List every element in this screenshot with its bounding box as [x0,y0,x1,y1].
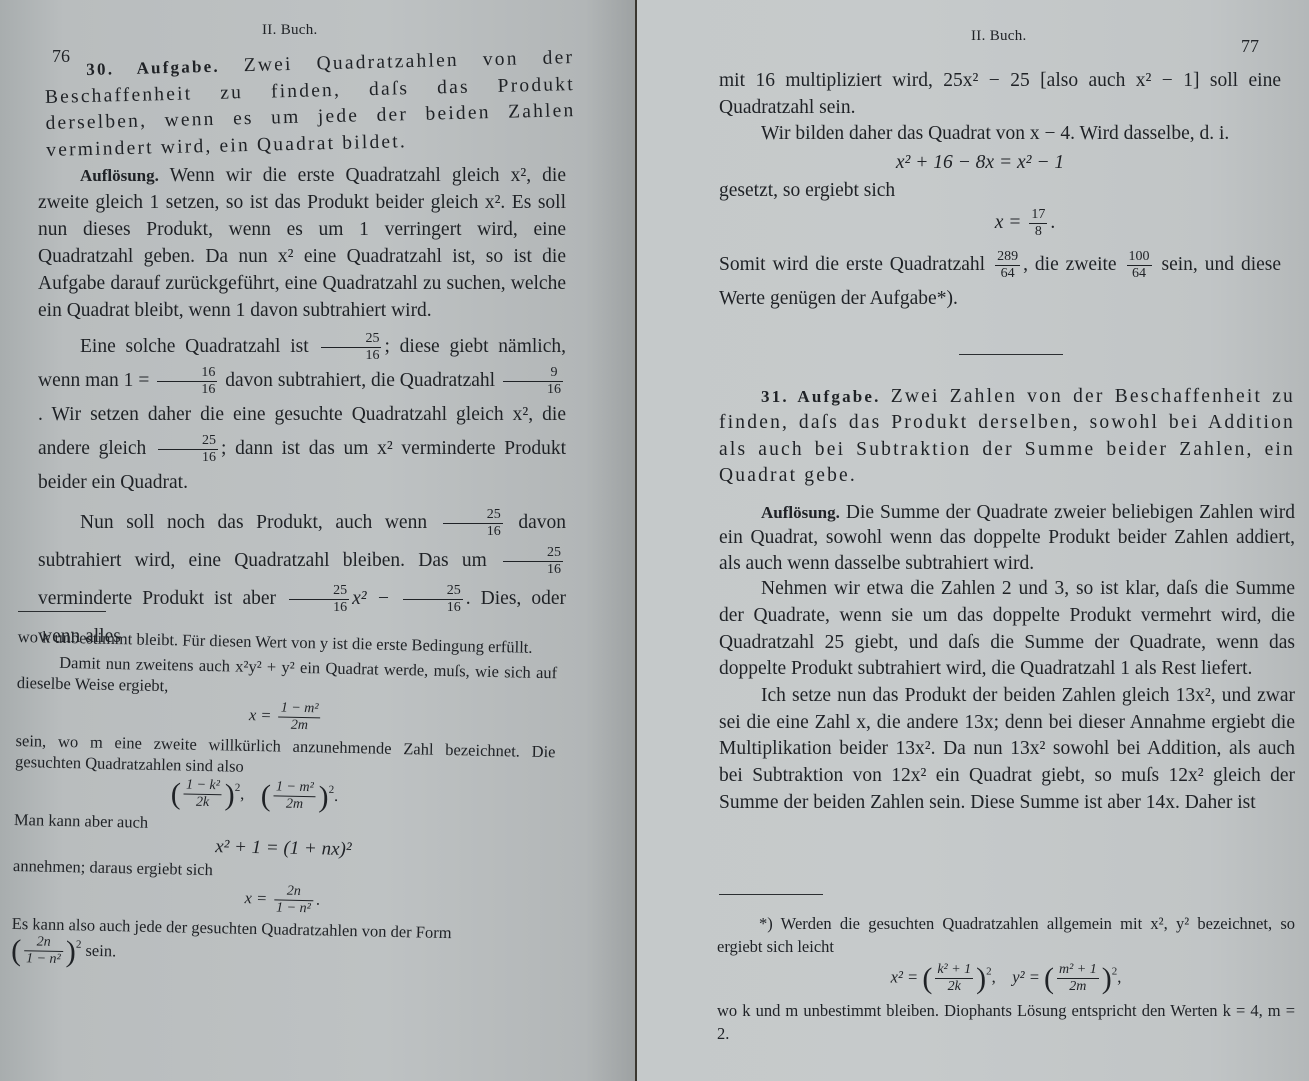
right-page: II. Buch. 77 mit 16 multipliziert wird, … [637,0,1309,1081]
fraction: 2516 [289,583,349,616]
problem-number: 30. Aufgabe. [86,57,220,79]
problem-statement: 31. Aufgabe. Zwei Zahlen von der Beschaf… [719,384,1295,490]
book-spread: II. Buch. 76 30. Aufgabe. Zwei Quadratza… [0,0,1309,1081]
problem-number: 31. Aufgabe. [761,387,881,406]
page-number: 77 [1241,36,1259,57]
paragraph: gesetzt, so ergiebt sich [719,178,1281,205]
problem-30-block: 30. Aufgabe. Zwei Quadratzahlen von der … [44,45,576,164]
solution-paragraph-2: Nehmen wir etwa die Zahlen 2 und 3, so i… [719,576,1295,682]
solution-block: Auflösung. Wenn wir die erste Quadratzah… [38,162,566,656]
equation: x² + 16 − 8x = x² − 1 [679,150,1281,177]
fraction: 2516 [403,583,463,616]
footnote-text: wo k und m unbestimmt bleiben. Diophants… [717,999,1295,1045]
solution-paragraph-1: Auflösung. Die Summe der Quadrate zweier… [719,500,1295,577]
fraction: 2516 [503,545,563,578]
equation: x² = (k² + 12k)2, y² = (m² + 12m)2, [717,962,1295,995]
paragraph: mit 16 multipliziert wird, 25x² − 25 [al… [719,68,1281,121]
equation: x = 178. [769,207,1281,240]
solution-label: Auflösung. [761,503,840,522]
paragraph: Wir bilden daher das Quadrat von x − 4. … [719,121,1281,148]
solution-paragraph-1: Auflösung. Wenn wir die erste Quadratzah… [38,162,566,324]
footnote-text: *) Werden die gesuchten Quadratzahlen al… [717,912,1295,958]
left-page: II. Buch. 76 30. Aufgabe. Zwei Quadratza… [0,0,636,1081]
footnote: *) Werden die gesuchten Quadratzahlen al… [717,912,1295,1045]
fraction: 2516 [321,331,381,364]
solution-paragraph-3: Ich setze nun das Produkt der beiden Zah… [719,683,1295,817]
solution-paragraph-2: Eine solche Quadratzahl ist 2516; diese … [38,330,566,500]
fraction: 2516 [443,507,503,540]
fraction: 916 [503,365,563,398]
solution-label: Auflösung. [80,166,159,185]
problem-31-block: 31. Aufgabe. Zwei Zahlen von der Beschaf… [719,384,1295,817]
section-divider [959,354,1063,355]
continuation-block: mit 16 multipliziert wird, 25x² − 25 [al… [719,68,1281,316]
paragraph: Somit wird die erste Quadratzahl 28964, … [719,248,1281,316]
footnote-rule [18,611,106,612]
footnote-rule [719,894,823,895]
fraction: 2516 [158,433,218,466]
fraction: 1616 [157,365,217,398]
overlay-page-fragment: wo k unbestimmt bleibt. Für diesen Wert … [11,626,558,978]
problem-statement: 30. Aufgabe. Zwei Quadratzahlen von der … [44,45,576,164]
running-head: II. Buch. [971,28,1027,45]
running-head: II. Buch. [262,22,318,39]
